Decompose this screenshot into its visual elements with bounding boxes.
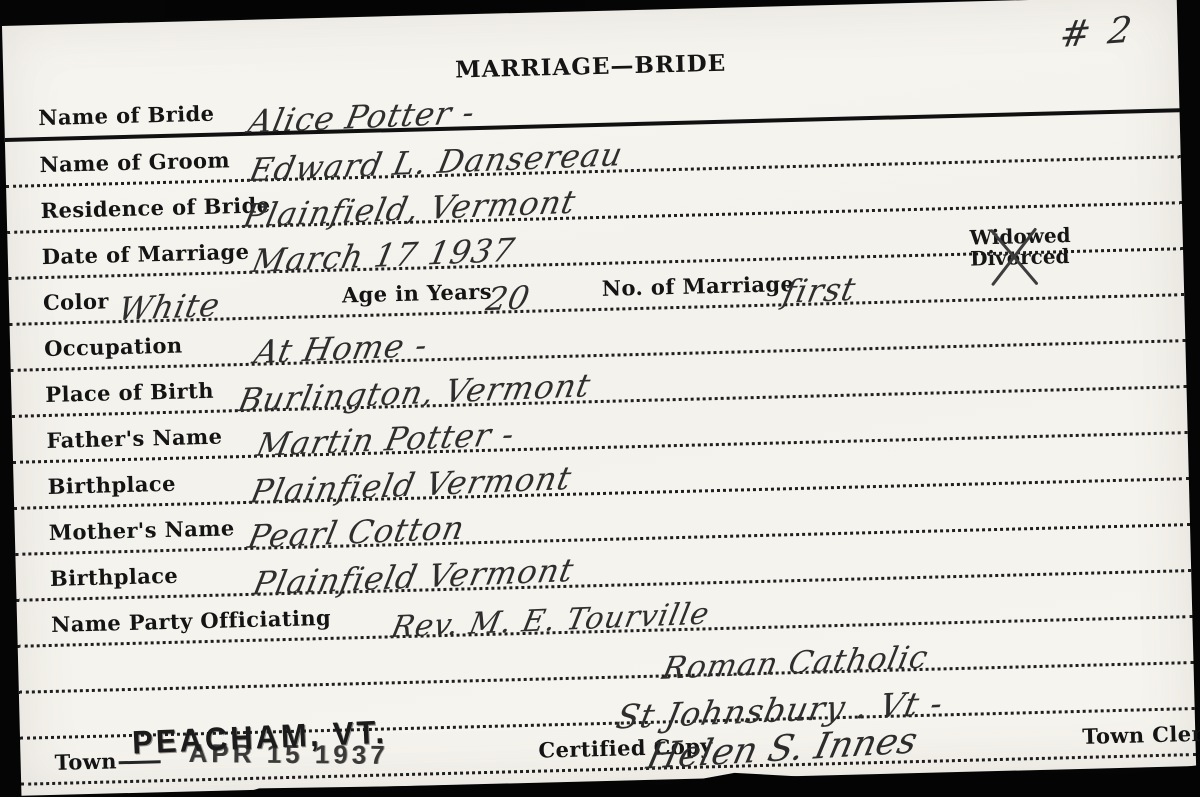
town-label: Town [54,748,117,775]
father-name-label: Father's Name [46,424,222,453]
age-label: Age in Years [342,279,493,308]
age-value: 20 [483,278,534,318]
father-birthplace-label: Birthplace [47,471,176,499]
marriage-date-label: Date of Marriage [42,239,250,269]
x-mark-icon [981,216,1047,296]
officiant-label: Name Party Officiating [51,605,331,637]
town-clerk-stamp: PEACHAM, VT. APR 15 1937 [132,716,389,773]
occupation-label: Occupation [44,333,183,361]
stamp-date: APR 15 1937 [188,738,388,771]
field-rows: Name of Bride Alice Potter - Name of Gro… [4,66,1196,786]
town-clerk-label: Town Clerk. [1082,720,1200,749]
scanned-record: # 2 MARRIAGE—BRIDE Name of Bride Alice P… [0,0,1200,797]
color-value: White [115,286,224,329]
occupation-value: At Home - [251,326,431,372]
groom-name-label: Name of Groom [39,147,230,177]
bride-name-label: Name of Bride [38,101,215,130]
color-label: Color [43,288,109,315]
marriage-record-card: # 2 MARRIAGE—BRIDE Name of Bride Alice P… [2,0,1196,796]
place-of-birth-label: Place of Birth [45,378,214,407]
marriage-number-label: No. of Marriage [602,271,795,301]
mother-birthplace-label: Birthplace [50,563,179,591]
mother-name-label: Mother's Name [49,515,235,545]
marriage-number-value: first [780,270,860,311]
residence-label: Residence of Bride [40,192,270,223]
